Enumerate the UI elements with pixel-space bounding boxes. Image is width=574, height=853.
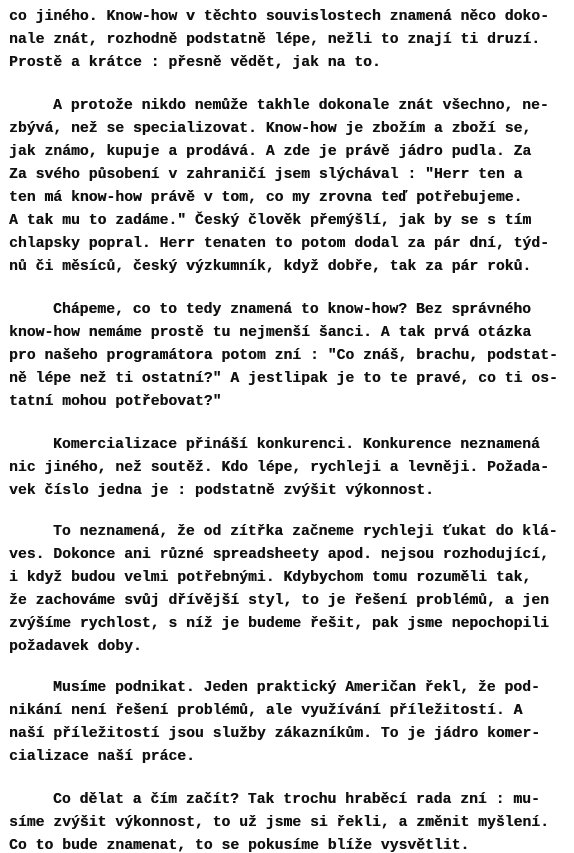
text-line: nale znát, rozhodně podstatně lépe, nežl… — [9, 29, 540, 52]
text-line: Musíme podnikat. Jeden praktický Američa… — [53, 677, 540, 700]
text-line: Chápeme, co to tedy znamená to know-how?… — [53, 299, 531, 322]
text-line: síme zvýšit výkonnost, to už jsme si řek… — [9, 812, 549, 835]
text-line: ten má know-how právě v tom, co my zrovn… — [9, 187, 522, 210]
text-line: tatní mohou potřebovat?" — [9, 391, 221, 414]
text-line: A protože nikdo nemůže takhle dokonale z… — [53, 95, 549, 118]
text-line: cializace naší práce. — [9, 746, 195, 769]
text-line: Co dělat a čím začít? Tak trochu hraběcí… — [53, 789, 540, 812]
text-line: zvýšíme rychlost, s níž je budeme řešit,… — [9, 613, 549, 636]
text-line: Za svého působení v zahraničí jsem slých… — [9, 164, 522, 187]
text-line: zbývá, než se specializovat. Know-how je… — [9, 118, 531, 141]
text-line: co jiného. Know-how v těchto souvisloste… — [9, 6, 549, 29]
text-line: nů či měsíců, český výzkumník, když dobř… — [9, 256, 531, 279]
text-line: požadavek doby. — [9, 636, 142, 659]
text-line: ně lépe než ti ostatní?" A jestlipak je … — [9, 368, 558, 391]
text-line: že zachováme svůj dřívější styl, to je ř… — [9, 590, 549, 613]
text-line: Komercializace přináší konkurenci. Konku… — [53, 434, 540, 457]
text-line: naší příležitostí jsou služby zákazníkům… — [9, 723, 540, 746]
text-line: know-how nemáme prostě tu nejmenší šanci… — [9, 322, 531, 345]
document-page: co jiného. Know-how v těchto souvisloste… — [0, 0, 574, 853]
text-line: Prostě a krátce : přesně vědět, jak na t… — [9, 52, 381, 75]
text-line: pro našeho programátora potom zní : "Co … — [9, 345, 558, 368]
text-line: Co to bude znamenat, to se pokusíme blíž… — [9, 835, 469, 853]
text-line: chlapsky popral. Herr tenaten to potom d… — [9, 233, 549, 256]
text-line: nic jiného, než soutěž. Kdo lépe, rychle… — [9, 457, 549, 480]
text-line: To neznamená, že od zítřka začneme rychl… — [53, 521, 558, 544]
text-line: vek číslo jedna je : podstatně zvýšit vý… — [9, 480, 434, 503]
text-line: jak známo, kupuje a prodává. A zde je pr… — [9, 141, 531, 164]
text-line: i když budou velmi potřebnými. Kdybychom… — [9, 567, 531, 590]
text-line: A tak mu to zadáme." Český člověk přemýš… — [9, 210, 531, 233]
text-line: nikání není řešení problémů, ale využívá… — [9, 700, 522, 723]
text-line: ves. Dokonce ani různé spreadsheety apod… — [9, 544, 549, 567]
